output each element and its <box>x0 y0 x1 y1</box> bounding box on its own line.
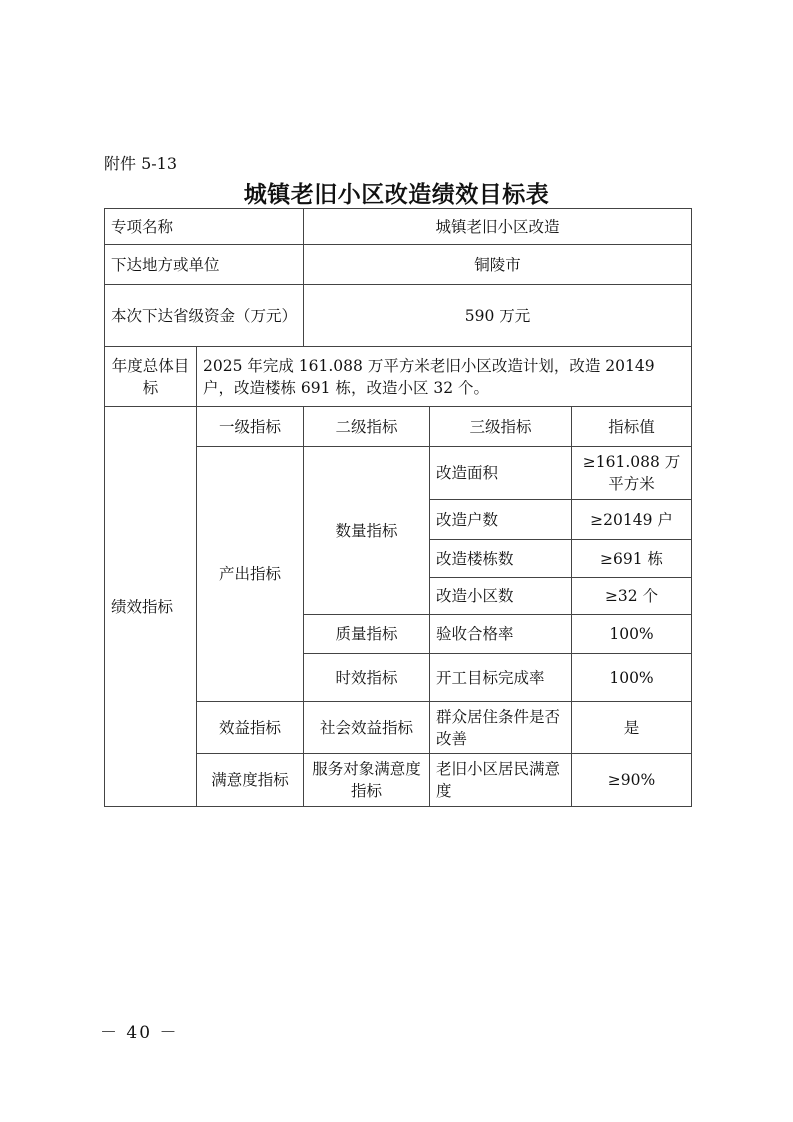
level3-cell: 群众居住条件是否改善 <box>430 702 572 754</box>
value-cell: ≥161.088 万平方米 <box>572 447 692 500</box>
level3-cell: 验收合格率 <box>430 615 572 654</box>
performance-target-table: 专项名称 城镇老旧小区改造 下达地方或单位 铜陵市 本次下达省级资金（万元） 5… <box>104 208 692 807</box>
value-cell: 100% <box>572 654 692 702</box>
level1-satisfaction: 满意度指标 <box>197 754 304 807</box>
region-value: 铜陵市 <box>304 245 692 285</box>
level3-cell: 老旧小区居民满意度 <box>430 754 572 807</box>
header-value: 指标值 <box>572 407 692 447</box>
annual-goal-label: 年度总体目标 <box>105 347 197 407</box>
level2-quality: 质量指标 <box>304 615 430 654</box>
funds-value: 590 万元 <box>304 285 692 347</box>
value-cell: ≥90% <box>572 754 692 807</box>
value-cell: ≥20149 户 <box>572 500 692 540</box>
level2-social-benefit: 社会效益指标 <box>304 702 430 754</box>
header-level2: 二级指标 <box>304 407 430 447</box>
level2-timeliness: 时效指标 <box>304 654 430 702</box>
level2-quantity: 数量指标 <box>304 447 430 615</box>
value-cell: 是 <box>572 702 692 754</box>
level3-cell: 改造楼栋数 <box>430 540 572 578</box>
page-number: － 40 － <box>100 1018 178 1043</box>
performance-section-label: 绩效指标 <box>105 407 197 807</box>
level3-cell: 改造面积 <box>430 447 572 500</box>
header-level3: 三级指标 <box>430 407 572 447</box>
level1-benefit: 效益指标 <box>197 702 304 754</box>
level3-cell: 开工目标完成率 <box>430 654 572 702</box>
region-label: 下达地方或单位 <box>105 245 304 285</box>
value-cell: ≥691 栋 <box>572 540 692 578</box>
level1-output: 产出指标 <box>197 447 304 702</box>
project-name-label: 专项名称 <box>105 209 304 245</box>
level3-cell: 改造户数 <box>430 500 572 540</box>
project-name-value: 城镇老旧小区改造 <box>304 209 692 245</box>
funds-label: 本次下达省级资金（万元） <box>105 285 304 347</box>
page-title: 城镇老旧小区改造绩效目标表 <box>0 176 793 209</box>
attachment-label: 附件 5-13 <box>104 151 177 174</box>
value-cell: ≥32 个 <box>572 578 692 615</box>
value-cell: 100% <box>572 615 692 654</box>
annual-goal-value: 2025 年完成 161.088 万平方米老旧小区改造计划，改造 20149 户… <box>197 347 692 407</box>
level3-cell: 改造小区数 <box>430 578 572 615</box>
header-level1: 一级指标 <box>197 407 304 447</box>
level2-service-satisfaction: 服务对象满意度指标 <box>304 754 430 807</box>
